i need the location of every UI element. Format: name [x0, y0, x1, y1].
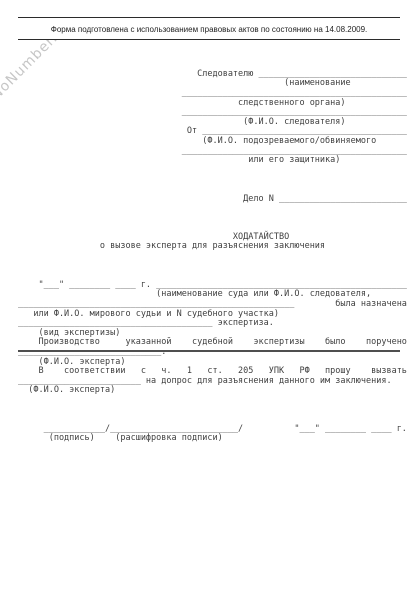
petition-form: Следователю ____________________________…	[18, 41, 407, 473]
addressee-block: Следователю ____________________________…	[18, 70, 407, 166]
legal-notice-banner: Форма подготовлена с использованием прав…	[18, 17, 400, 40]
petition-heading: ХОДАТАЙСТВО о вызове эксперта для разъяс…	[18, 233, 407, 252]
petition-body: "___" ________ ____ г. _________________…	[18, 281, 407, 396]
petition-subtitle: о вызове эксперта для разъяснения заключ…	[18, 242, 407, 252]
document-page: NoNumber.ru Форма подготовлена с использ…	[0, 0, 420, 600]
signature-block: ____________/_________________________/ …	[18, 425, 407, 444]
legal-notice-text: Форма подготовлена с использованием прав…	[51, 25, 368, 34]
case-number-line: Дело N _________________________	[18, 195, 407, 205]
bottom-rule	[18, 350, 400, 352]
